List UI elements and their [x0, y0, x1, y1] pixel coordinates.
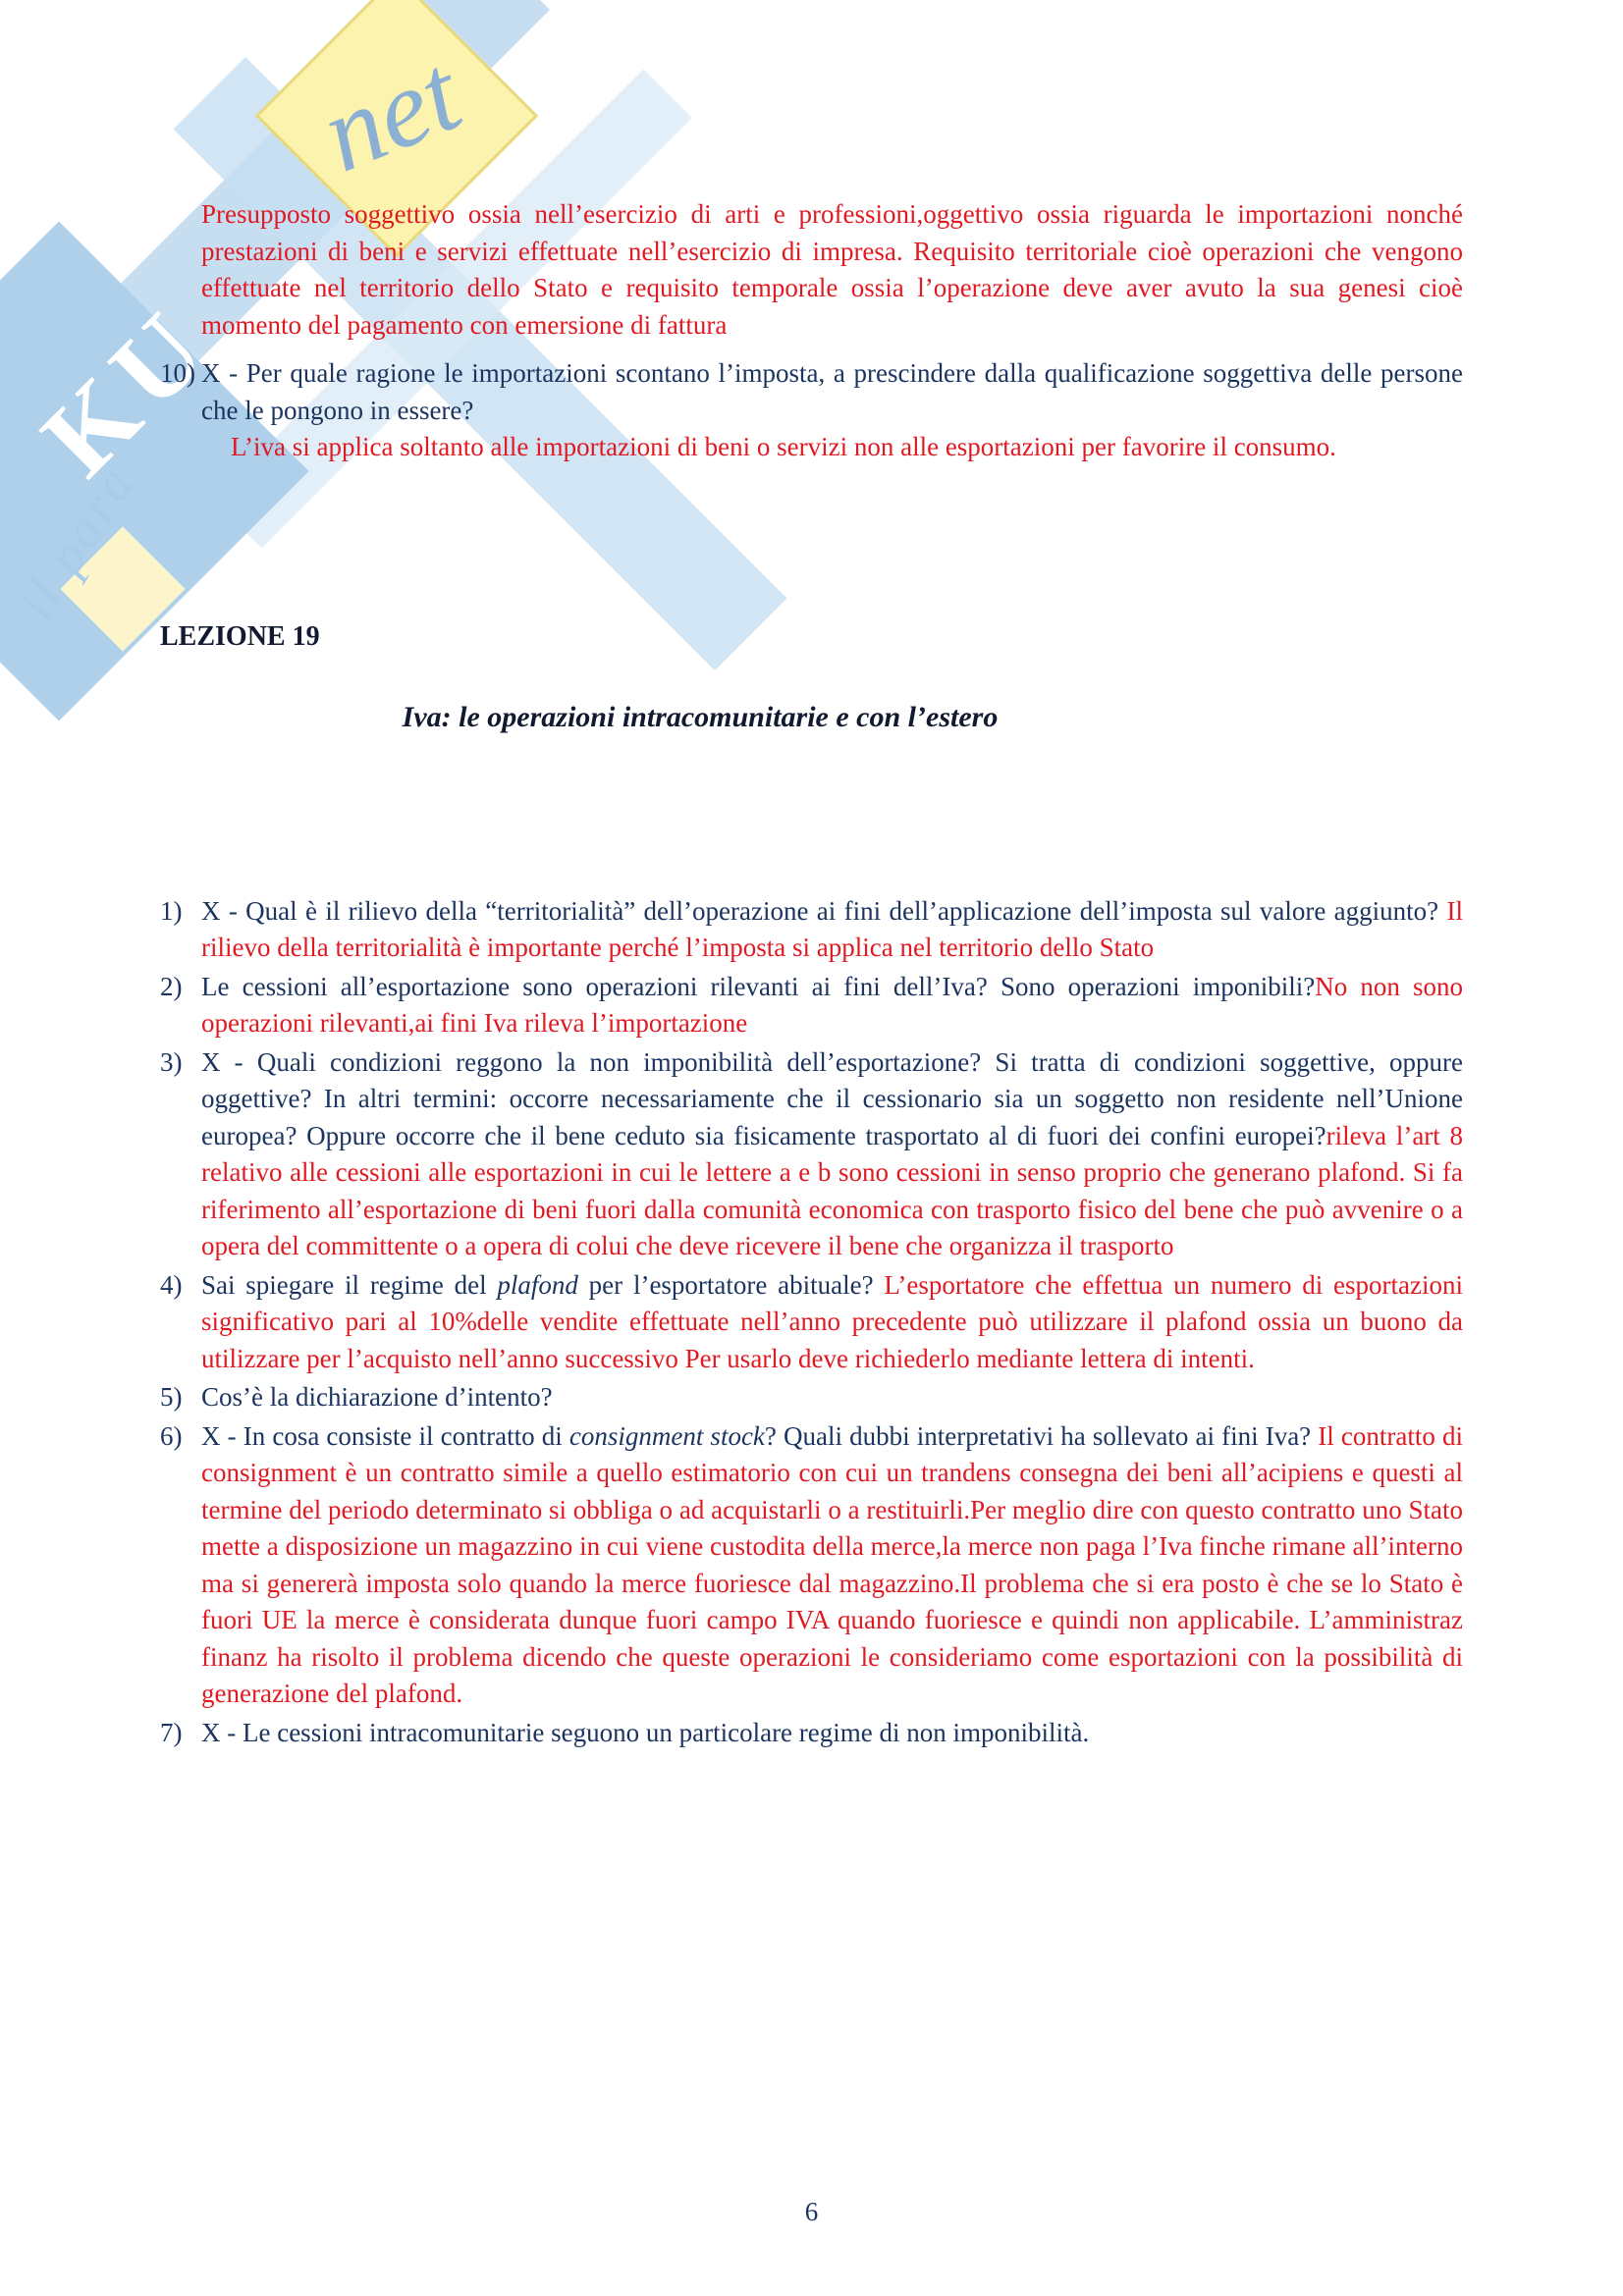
item-body: X - Quali condizioni reggono la non impo…: [201, 1044, 1463, 1265]
answer-text-block: L’iva si applica soltanto alle importazi…: [231, 429, 1463, 466]
question-text: Cos’è la dichiarazione d’intento?: [201, 1382, 553, 1412]
question-item-4: 4) Sai spiegare il regime del plafond pe…: [160, 1267, 1463, 1378]
lesson-title: Iva: le operazioni intracomunitarie e co…: [160, 699, 1240, 736]
item-body: Le cessioni all’esportazione sono operaz…: [201, 969, 1463, 1042]
question-text: plafond: [497, 1270, 578, 1300]
document-page: KU net il para Presupposto soggettivo os…: [0, 0, 1623, 2296]
question-text-block: X - Per quale ragione le importazioni sc…: [201, 355, 1463, 429]
question-text: X - Qual è il rilievo della “territorial…: [201, 896, 1447, 926]
question-item-2: 2) Le cessioni all’esportazione sono ope…: [160, 969, 1463, 1042]
question-list: 1) X - Qual è il rilievo della “territor…: [160, 893, 1463, 1752]
text-column: Presupposto soggettivo ossia nell’eserci…: [160, 196, 1463, 1751]
answer-text: Il contratto di consignment è un contrat…: [201, 1421, 1463, 1709]
question-text: X - Quali condizioni reggono la non impo…: [201, 1047, 1463, 1150]
item-number: 7): [160, 1715, 201, 1752]
item-body: Sai spiegare il regime del plafond per l…: [201, 1267, 1463, 1378]
question-text: X - Per quale ragione le importazioni sc…: [201, 358, 1463, 425]
answer-text: L’iva si applica soltanto alle importazi…: [231, 432, 1336, 461]
item-number: 6): [160, 1418, 201, 1456]
item-body: X - Le cessioni intracomunitarie seguono…: [201, 1715, 1463, 1752]
item-number: 1): [160, 893, 201, 931]
page-number: 6: [0, 2197, 1623, 2227]
item-body: X - Qual è il rilievo della “territorial…: [201, 893, 1463, 967]
question-item-3: 3) X - Quali condizioni reggono la non i…: [160, 1044, 1463, 1265]
item-body: X - Per quale ragione le importazioni sc…: [201, 355, 1463, 466]
question-item-1: 1) X - Qual è il rilievo della “territor…: [160, 893, 1463, 967]
question-text: consignment stock: [569, 1421, 765, 1451]
question-item-10: 10) X - Per quale ragione le importazion…: [160, 355, 1463, 466]
item-number: 5): [160, 1379, 201, 1416]
item-number: 2): [160, 969, 201, 1006]
question-text: per l’esportatore abituale?: [578, 1270, 885, 1300]
question-text: X - In cosa consiste il contratto di: [201, 1421, 569, 1451]
question-text: Le cessioni all’esportazione sono operaz…: [201, 972, 1315, 1001]
question-item-7: 7) X - Le cessioni intracomunitarie segu…: [160, 1715, 1463, 1752]
question-text: X - Le cessioni intracomunitarie seguono…: [201, 1718, 1089, 1747]
question-text: ? Quali dubbi interpretativi ha sollevat…: [765, 1421, 1318, 1451]
question-text: Sai spiegare il regime del: [201, 1270, 497, 1300]
item-body: X - In cosa consiste il contratto di con…: [201, 1418, 1463, 1713]
item-number: 3): [160, 1044, 201, 1082]
lesson-heading: LEZIONE 19: [160, 618, 1463, 656]
item-body: Cos’è la dichiarazione d’intento?: [201, 1379, 1463, 1416]
watermark-script-net: net: [305, 30, 477, 198]
question-item-6: 6) X - In cosa consiste il contratto di …: [160, 1418, 1463, 1713]
question-item-5: 5) Cos’è la dichiarazione d’intento?: [160, 1379, 1463, 1416]
item-number: 10): [160, 355, 201, 393]
answer-text: Presupposto soggettivo ossia nell’eserci…: [201, 199, 1463, 340]
watermark-script-side: il para: [5, 454, 147, 630]
intro-answer-paragraph: Presupposto soggettivo ossia nell’eserci…: [201, 196, 1463, 344]
item-number: 4): [160, 1267, 201, 1305]
